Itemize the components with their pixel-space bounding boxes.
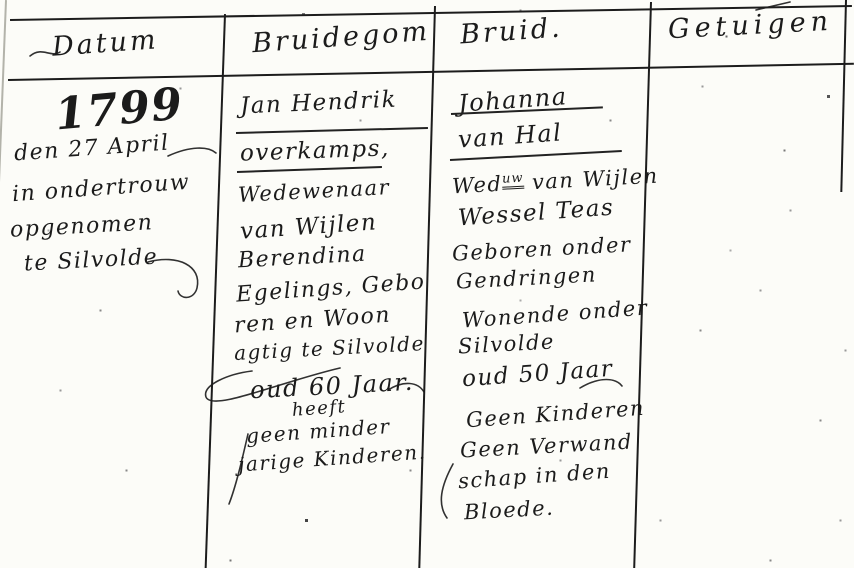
page-left-edge [0,0,6,568]
bruid-line: Silvolde [458,331,556,357]
bruid-line: schap in den [457,461,611,493]
bruid-widow-line: Weduw van Wijlen [452,165,660,198]
bruidegom-line: ren en Woon [233,305,391,338]
column-header-bruidegom: Bruidegom [251,18,431,57]
bruidegom-line: geen minder [245,416,391,446]
widow-rest: van Wijlen [531,164,659,195]
bruidegom-line: Wedewenaar [238,177,391,206]
column-header-getuigen: Getuigen [667,8,833,44]
bruid-line: Geboren onder [452,234,632,264]
widow-abbrev: Wed [452,172,503,199]
header-separator-line [8,63,854,81]
bruid-line: Geen Verwand [460,431,634,461]
name-underline [236,127,428,134]
name-underline [237,166,382,173]
bruid-line: Bloede. [464,498,555,524]
bruidegom-line: overkamps, [240,137,390,165]
datum-line: in ondertrouw [11,172,190,206]
bruid-line: van Hal [457,120,563,151]
schap-brace [441,464,453,518]
column-header-datum: Datum [51,26,159,60]
bruidegom-line: Egelings, Gebo [235,271,426,306]
datum-line: opgenomen [10,212,154,241]
datum-line: te Silvolde [24,247,159,276]
bruid-line: Wessel Teas [457,197,615,231]
bruid-line: oud 50 Jaar [461,358,614,392]
column-header-bruid: Bruid. [459,14,563,48]
bruidegom-line: agtig te Silvolde [234,333,426,363]
bruid-line: Geen Kinderen [465,398,645,431]
register-page-scan: Datum Bruidegom Bruid. Getuigen 1799 den… [0,0,854,568]
datum-line: den 27 April [13,133,170,166]
april-swash [168,148,216,156]
paper-speckles [0,0,1,1]
bruidegom-line: Berendina [238,244,368,273]
bruid-line: Gendringen [456,264,598,292]
divider-datum-bruidegom [205,14,226,568]
bruid-line: Wonende onder [461,298,648,332]
bruidegom-line: van Wijlen [239,211,378,244]
datum-year: 1799 [53,82,185,137]
table-right-border [840,0,847,192]
widow-abbrev-superscript: uw [502,171,524,190]
bruidegom-line: Jan Hendrik [240,89,398,119]
divider-bruid-getuigen [633,2,652,568]
